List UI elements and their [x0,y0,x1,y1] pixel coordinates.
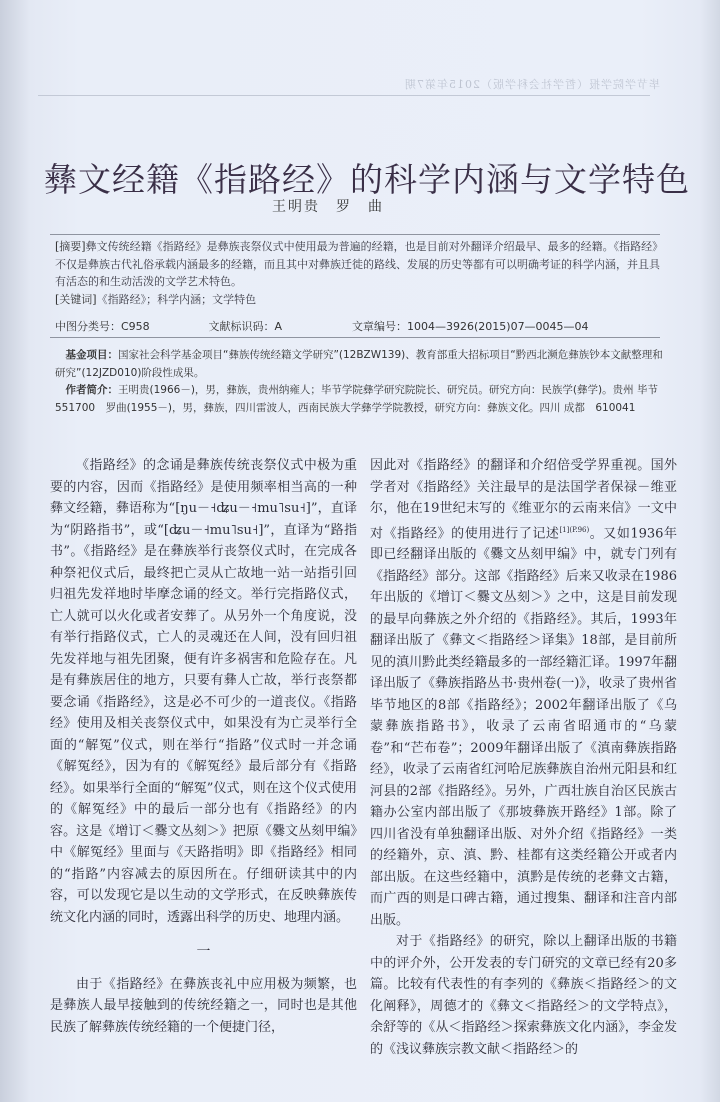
author-note: 作者简介：王明贵(1966－)，男，彝族，贵州纳雍人；毕节学院彝学研究院院长、研… [55,382,673,417]
keywords-text: 《指路经》；科学内涵；文学特色 [97,293,257,306]
abstract-paragraph: [摘要]彝文传统经籍《指路经》是彝族丧祭仪式中使用最为普遍的经籍，也是目前对外翻… [55,238,665,291]
citation-reference: [1](P.96) [559,526,589,534]
abstract-text: 彝文传统经籍《指路经》是彝族丧祭仪式中使用最为普遍的经籍，也是目前对外翻译介绍最… [55,240,663,288]
keywords-label: [关键词] [55,293,97,306]
abstract-block: [摘要]彝文传统经籍《指路经》是彝族丧祭仪式中使用最为普遍的经籍，也是目前对外翻… [55,238,665,308]
article-title: 彝文经籍《指路经》的科学内涵与文学特色 [44,154,684,201]
abstract-top-rule [50,234,660,235]
author-label: 作者简介： [66,384,119,396]
running-header: 毕节学院学报（哲学社会科学版）2015年第7期 [330,76,660,92]
footnote-block: 基金项目：国家社会科学基金项目“彝族传统经籍文学研究”(12BZW139)、教育… [55,347,673,417]
fund-note: 基金项目：国家社会科学基金项目“彝族传统经籍文学研究”(12BZW139)、教育… [55,347,673,382]
body-left-column: 《指路经》的念诵是彝族传统丧祭仪式中极为重要的内容，因而《指路经》是使用频率相当… [50,455,357,1038]
document-code: 文献标识码：A [209,318,349,334]
clc-number: 中图分类号：C958 [55,318,205,334]
body-paragraph: 由于《指路经》在彝族丧礼中应用极为频繁，也是彝族人最早接触到的传统经籍之一，同时… [50,974,357,1039]
article-number: 文章编号：1004—3926(2015)07—0045—04 [352,318,589,334]
article-authors: 王明贵 罗 曲 [272,196,384,216]
header-divider [38,95,650,96]
abstract-label: [摘要] [55,240,86,253]
body-paragraph: 对于《指路经》的研究，除以上翻译出版的书籍中的评介外，公开发表的专门研究的文章已… [370,931,677,1060]
journal-page: 毕节学院学报（哲学社会科学版）2015年第7期 彝文经籍《指路经》的科学内涵与文… [0,0,720,1102]
paragraph-text: 。又如1936年即已经翻译出版的《爨文丛刻甲编》中，就专门列有《指路经》部分。这… [370,526,677,928]
body-right-column: 因此对《指路经》的翻译和介绍倍受学界重视。国外学者对《指路经》关注最早的是法国学… [370,455,677,1060]
fund-text: 国家社会科学基金项目“彝族传统经籍文学研究”(12BZW139)、教育部重大招标… [55,349,663,379]
body-paragraph: 因此对《指路经》的翻译和介绍倍受学界重视。国外学者对《指路经》关注最早的是法国学… [370,455,677,931]
keywords-line: [关键词]《指路经》；科学内涵；文学特色 [55,291,665,309]
author-text: 王明贵(1966－)，男，彝族，贵州纳雍人；毕节学院彝学研究院院长、研究员。研究… [55,384,668,414]
body-paragraph: 《指路经》的念诵是彝族传统丧祭仪式中极为重要的内容，因而《指路经》是使用频率相当… [50,455,357,928]
section-heading: 一 [50,942,357,964]
fund-label: 基金项目： [66,349,119,361]
classification-line: 中图分类号：C958 文献标识码：A 文章编号：1004—3926(2015)0… [55,318,665,334]
abstract-bottom-rule [50,337,660,338]
